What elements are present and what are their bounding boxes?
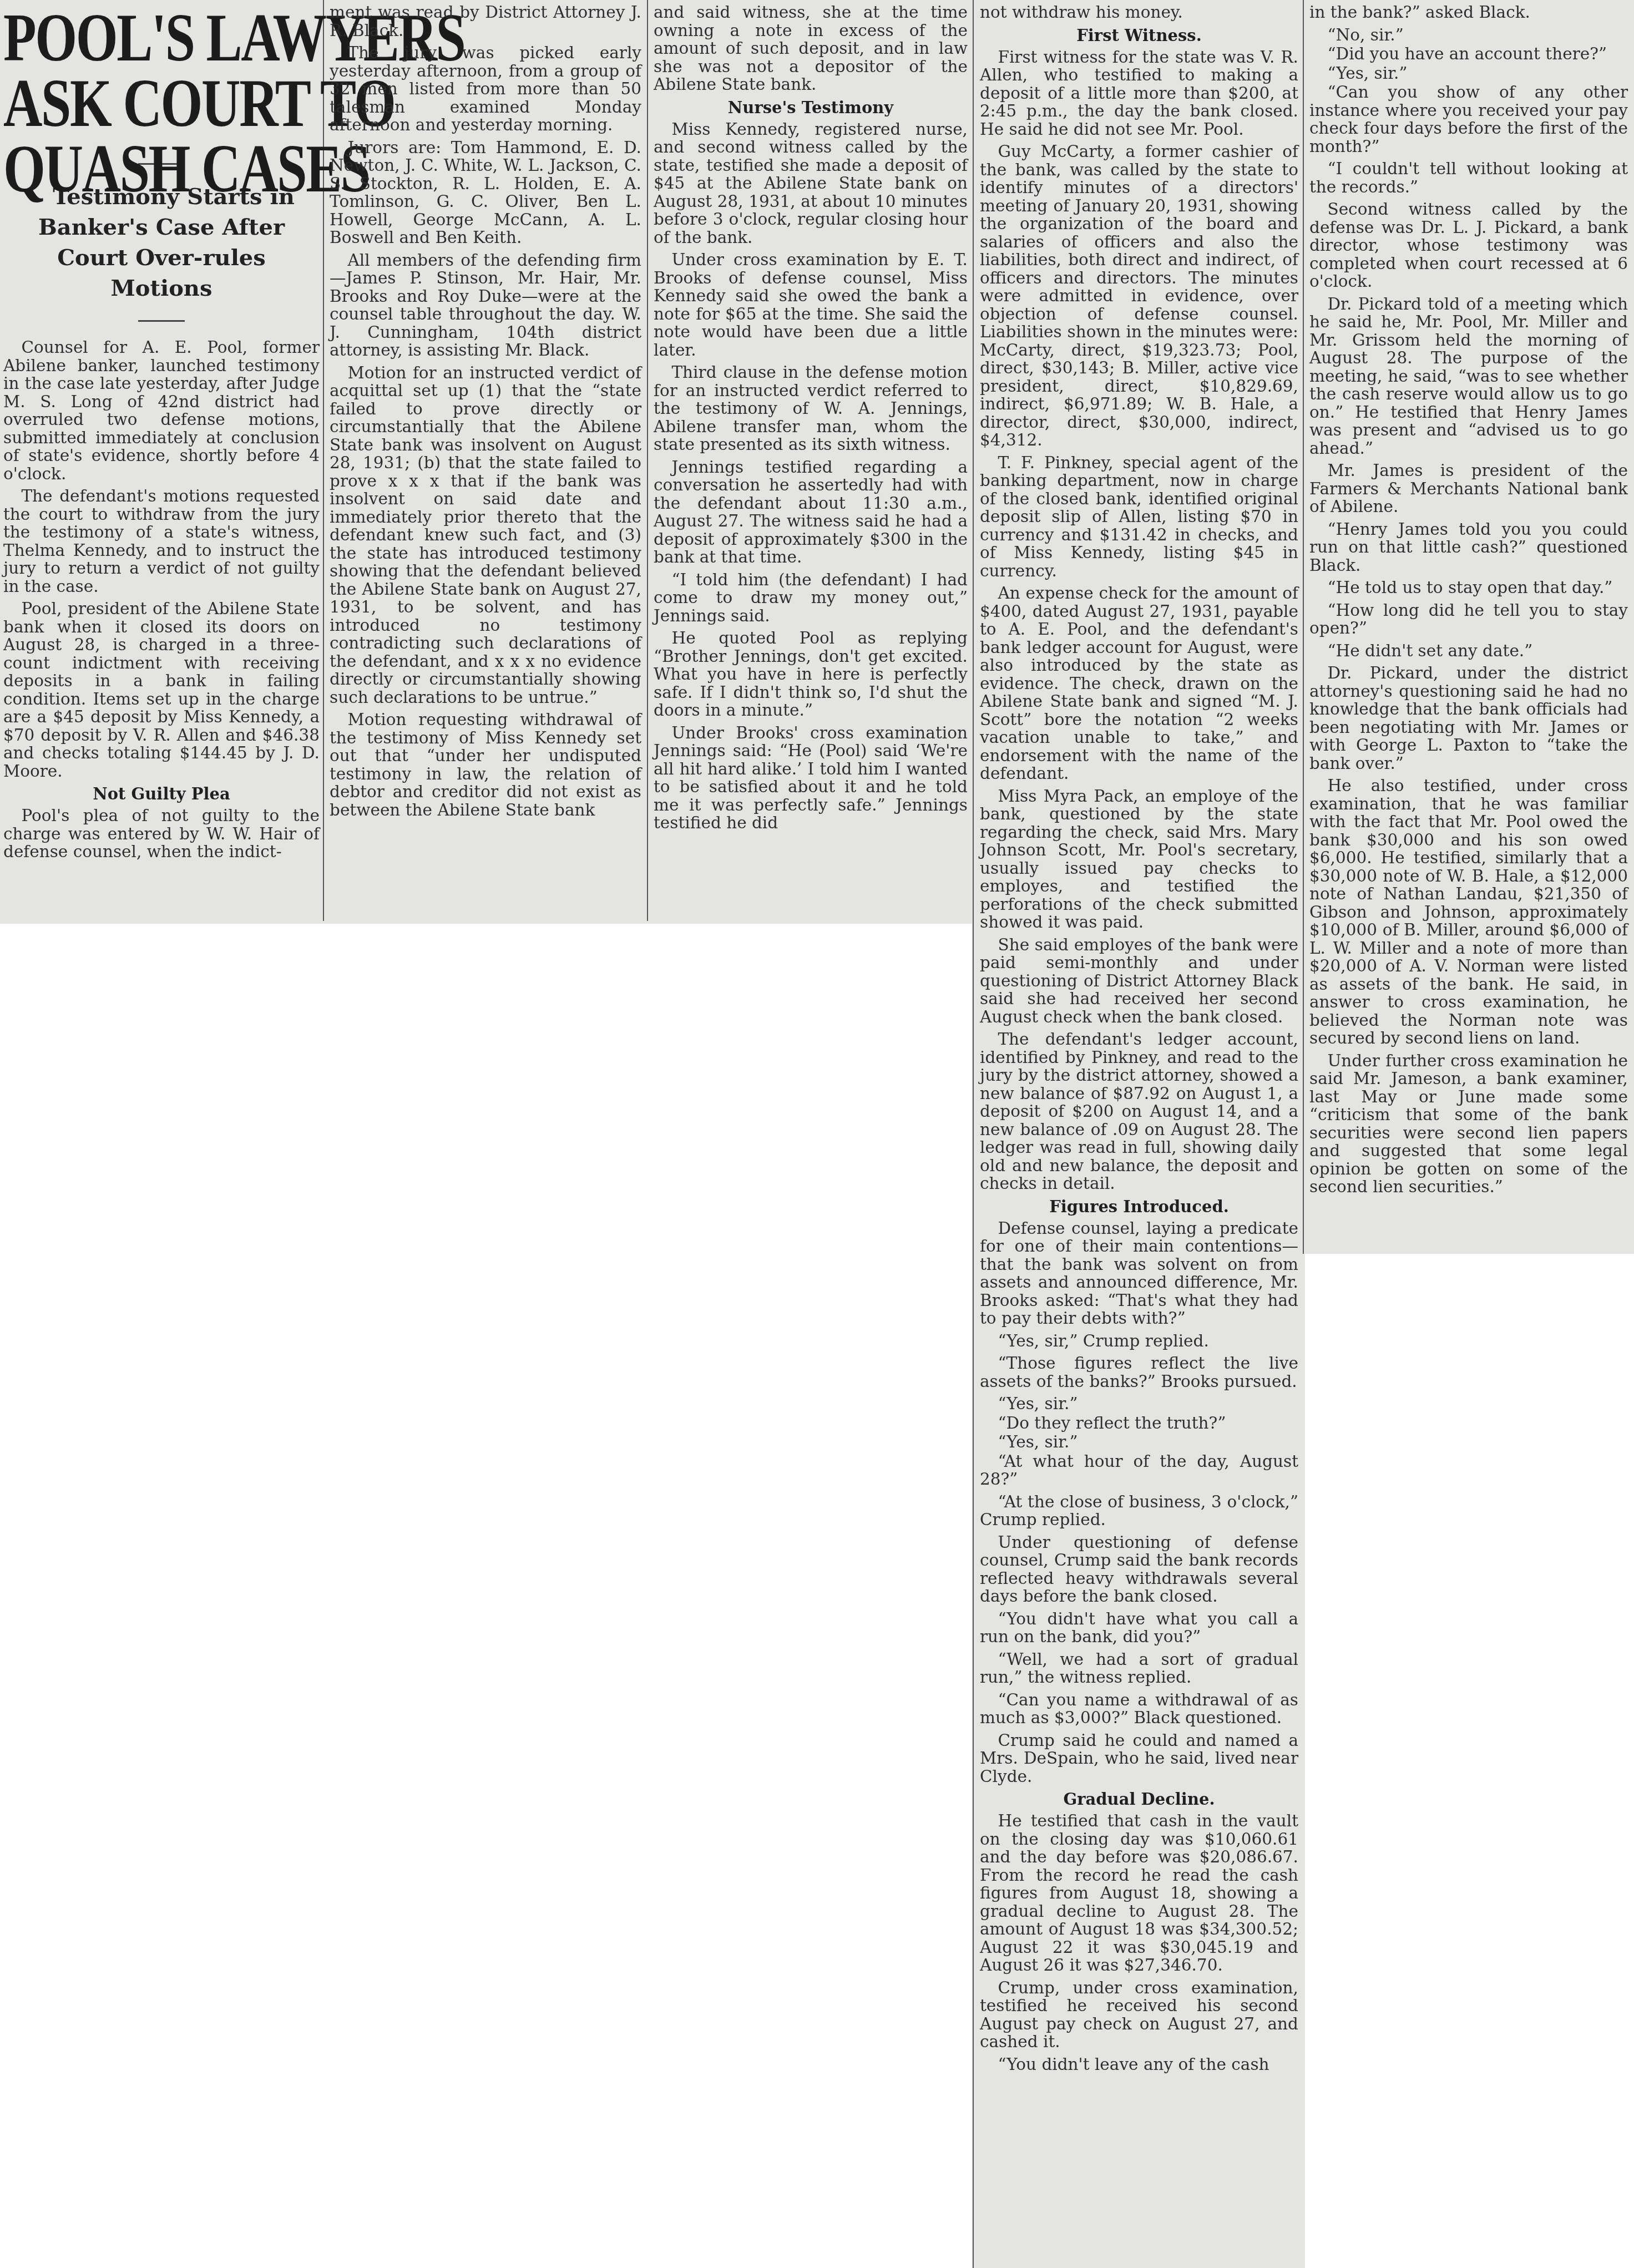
column-rule [973, 0, 974, 2268]
article-paragraph: T. F. Pinkney, special agent of the bank… [980, 454, 1298, 580]
article-paragraph: Under cross examination by E. T. Brooks … [654, 251, 968, 359]
article-paragraph: All members of the defending firm—James … [330, 251, 641, 360]
article-paragraph: He testified that cash in the vault on t… [980, 1812, 1298, 1975]
article-column-1: POOL'S LAWYERS ASK COURT TO QUASH CASES … [3, 0, 320, 865]
article-paragraph: Motion requesting withdrawal of the test… [330, 711, 641, 819]
article-paragraph: He quoted Pool as replying “Brother Jenn… [654, 629, 968, 720]
article-paragraph: Pool, president of the Abilene State ban… [3, 600, 320, 780]
article-paragraph: ment was read by District Attorney J. R.… [330, 3, 641, 39]
article-paragraph: The defendant's ledger account, identifi… [980, 1030, 1298, 1193]
article-column-5: in the bank?” asked Black.“No, sir.”“Did… [1309, 3, 1628, 1201]
article-paragraph: Motion for an instructed verdict of acqu… [330, 364, 641, 707]
article-paragraph: not withdraw his money. [980, 3, 1298, 22]
headline: POOL'S LAWYERS ASK COURT TO QUASH CASES [3, 6, 320, 202]
article-paragraph: Second witness called by the defense was… [1309, 200, 1628, 291]
column-rule [1303, 0, 1304, 1254]
article-paragraph: and said witness, she at the time owning… [654, 3, 968, 94]
article-paragraph: First witness for the state was V. R. Al… [980, 48, 1298, 139]
article-paragraph: “Do they reflect the truth?” [980, 1414, 1298, 1432]
article-paragraph: Crump, under cross examination, testifie… [980, 1979, 1298, 2051]
article-paragraph: Defense counsel, laying a predicate for … [980, 1219, 1298, 1328]
column-body: and said witness, she at the time owning… [654, 3, 968, 832]
section-subhead: Gradual Decline. [980, 1790, 1298, 1809]
article-paragraph: Under questioning of defense counsel, Cr… [980, 1533, 1298, 1606]
article-paragraph: “How long did he tell you to stay open?” [1309, 601, 1628, 637]
article-paragraph: “Yes, sir.” [980, 1395, 1298, 1413]
article-paragraph: “You didn't have what you call a run on … [980, 1610, 1298, 1646]
article-paragraph: Counsel for A. E. Pool, former Abilene b… [3, 338, 320, 483]
article-paragraph: Jurors are: Tom Hammond, E. D. Newton, J… [330, 139, 641, 247]
article-paragraph: He also testified, under cross examinati… [1309, 777, 1628, 1047]
headline-line: POOL'S LAWYERS [3, 6, 320, 71]
headline-line: ASK COURT TO [3, 71, 320, 136]
headline-line: QUASH CASES [3, 136, 320, 202]
article-paragraph: in the bank?” asked Black. [1309, 3, 1628, 22]
article-paragraph: Dr. Pickard told of a meeting which he s… [1309, 295, 1628, 458]
article-paragraph: The defendant's motions requested the co… [3, 487, 320, 595]
article-paragraph: Mr. James is president of the Farmers & … [1309, 462, 1628, 516]
article-paragraph: “At the close of business, 3 o'clock,” C… [980, 1493, 1298, 1529]
article-paragraph: “Yes, sir.” [980, 1433, 1298, 1451]
article-paragraph: “He didn't set any date.” [1309, 642, 1628, 660]
article-paragraph: “Henry James told you you could run on t… [1309, 520, 1628, 575]
article-paragraph: “I couldn't tell without looking at the … [1309, 160, 1628, 196]
column-body: not withdraw his money.First Witness.Fir… [980, 3, 1298, 2073]
column-rule [647, 0, 648, 921]
article-paragraph: “Well, we had a sort of gradual run,” th… [980, 1651, 1298, 1687]
article-column-4: not withdraw his money.First Witness.Fir… [980, 3, 1298, 2078]
article-paragraph: Under further cross examination he said … [1309, 1052, 1628, 1196]
article-paragraph: Crump said he could and named a Mrs. DeS… [980, 1732, 1298, 1786]
column-body: in the bank?” asked Black.“No, sir.”“Did… [1309, 3, 1628, 1196]
article-paragraph: “Yes, sir.” [1309, 64, 1628, 83]
article-paragraph: “Those figures reflect the live assets o… [980, 1354, 1298, 1390]
section-subhead: First Witness. [980, 26, 1298, 45]
article-paragraph: “No, sir.” [1309, 26, 1628, 44]
article-paragraph: “Did you have an account there?” [1309, 45, 1628, 63]
column-body: Counsel for A. E. Pool, former Abilene b… [3, 338, 320, 861]
article-paragraph: “Yes, sir,” Crump replied. [980, 1332, 1298, 1350]
article-paragraph: “At what hour of the day, August 28?” [980, 1452, 1298, 1489]
section-subhead: Not Guilty Plea [3, 784, 320, 803]
article-paragraph: Dr. Pickard, under the district attorney… [1309, 664, 1628, 772]
article-paragraph: “You didn't leave any of the cash [980, 2056, 1298, 2074]
article-paragraph: Pool's plea of not guilty to the charge … [3, 807, 320, 861]
article-paragraph: “Can you show of any other instance wher… [1309, 83, 1628, 155]
article-paragraph: An expense check for the amount of $400,… [980, 584, 1298, 783]
section-subhead: Nurse's Testimony [654, 98, 968, 117]
article-paragraph: Guy McCarty, a former cashier of the ban… [980, 143, 1298, 449]
article-paragraph: “He told us to stay open that day.” [1309, 579, 1628, 597]
article-paragraph: She said employes of the bank were paid … [980, 936, 1298, 1026]
column-body: ment was read by District Attorney J. R.… [330, 3, 641, 819]
deck-divider [138, 320, 185, 322]
article-paragraph: Miss Kennedy, registered nurse, and seco… [654, 120, 968, 247]
article-paragraph: Jennings testified regarding a conversat… [654, 458, 968, 566]
section-subhead: Figures Introduced. [980, 1197, 1298, 1216]
article-paragraph: “Can you name a withdrawal of as much as… [980, 1691, 1298, 1727]
article-paragraph: Under Brooks' cross examination Jennings… [654, 724, 968, 832]
article-column-3: and said witness, she at the time owning… [654, 3, 968, 837]
article-paragraph: “I told him (the defendant) I had come t… [654, 571, 968, 625]
article-paragraph: Miss Myra Pack, an employe of the bank, … [980, 787, 1298, 931]
article-paragraph: Third clause in the defense motion for a… [654, 363, 968, 454]
article-paragraph: The jury was picked early yesterday afte… [330, 44, 641, 134]
article-column-2: ment was read by District Attorney J. R.… [330, 3, 641, 823]
